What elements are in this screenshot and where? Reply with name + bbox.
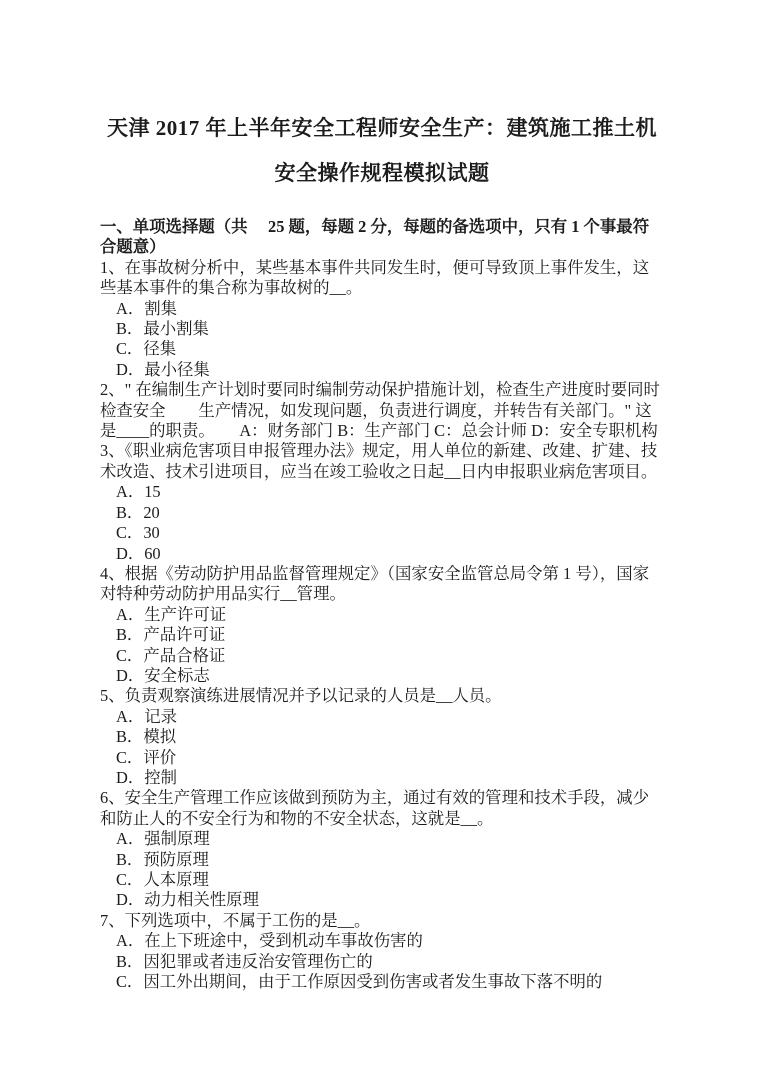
option-text: 15 xyxy=(144,482,160,501)
option: B．因犯罪或者违反治安管理伤亡的 xyxy=(100,952,664,972)
option-label: B． xyxy=(116,625,143,644)
question-body: 下列选项中，不属于工伤的是__。 xyxy=(125,911,371,930)
option: C．产品合格证 xyxy=(100,646,664,666)
question-number: 6、 xyxy=(100,788,125,807)
option: A．15 xyxy=(100,482,664,502)
question-text: 3、《职业病危害项目申报管理办法》规定，用人单位的新建、改建、扩建、技术改造、技… xyxy=(100,441,664,482)
question-block-2: 2、" 在编制生产计划时要同时编制劳动保护措施计划，检查生产进度时要同时检查安全… xyxy=(100,380,664,441)
option-text: 60 xyxy=(144,544,160,563)
question-body: " 在编制生产计划时要同时编制劳动保护措施计划，检查生产进度时要同时检查安全 生… xyxy=(100,380,660,440)
question-number: 2、 xyxy=(100,380,125,399)
option-label: B． xyxy=(116,503,143,522)
option-label: A． xyxy=(116,605,144,624)
question-text: 2、" 在编制生产计划时要同时编制劳动保护措施计划，检查生产进度时要同时检查安全… xyxy=(100,380,664,441)
option-label: D． xyxy=(116,544,144,563)
question-block-7: 7、下列选项中，不属于工伤的是__。 A．在上下班途中，受到机动车事故伤害的 B… xyxy=(100,911,664,993)
option-label: D． xyxy=(116,768,144,787)
question-text: 4、根据《劳动防护用品监督管理规定》（国家安全监管总局令第 1 号），国家对特种… xyxy=(100,564,664,605)
option: D．60 xyxy=(100,544,664,564)
option-label: C． xyxy=(116,870,143,889)
option-label: B． xyxy=(116,727,143,746)
option: B．20 xyxy=(100,503,664,523)
option-text: 割集 xyxy=(144,299,177,318)
exam-content: 一、单项选择题（共 25 题，每题 2 分，每题的备选项中，只有 1 个事最符合… xyxy=(100,217,664,992)
option: C．径集 xyxy=(100,339,664,359)
option: A．生产许可证 xyxy=(100,605,664,625)
title-line-2: 安全操作规程模拟试题 xyxy=(100,151,664,196)
option: C．评价 xyxy=(100,748,664,768)
question-block-1: 1、在事故树分析中，某些基本事件共同发生时，便可导致顶上事件发生，这些基本事件的… xyxy=(100,258,664,380)
option-text: 评价 xyxy=(143,748,176,767)
option-label: C． xyxy=(116,748,143,767)
option-text: 在上下班途中，受到机动车事故伤害的 xyxy=(144,931,423,950)
question-text: 6、安全生产管理工作应该做到预防为主，通过有效的管理和技术手段，减少和防止人的不… xyxy=(100,788,664,829)
question-number: 1、 xyxy=(100,258,125,277)
option-text: 控制 xyxy=(144,768,177,787)
question-body: 《职业病危害项目申报管理办法》规定，用人单位的新建、改建、扩建、技术改造、技术引… xyxy=(100,441,657,480)
option-text: 记录 xyxy=(144,707,177,726)
option-text: 最小径集 xyxy=(144,360,210,379)
option: C．30 xyxy=(100,523,664,543)
question-body: 根据《劳动防护用品监督管理规定》（国家安全监管总局令第 1 号），国家对特种劳动… xyxy=(100,564,649,603)
option-text: 动力相关性原理 xyxy=(144,890,259,909)
question-body: 负责观察演练进展情况并予以记录的人员是__人员。 xyxy=(125,686,502,705)
option-label: A． xyxy=(116,482,144,501)
option: C．因工外出期间，由于工作原因受到伤害或者发生事故下落不明的 xyxy=(100,972,664,992)
option: A．割集 xyxy=(100,299,664,319)
question-block-3: 3、《职业病危害项目申报管理办法》规定，用人单位的新建、改建、扩建、技术改造、技… xyxy=(100,441,664,563)
option-label: B． xyxy=(116,319,143,338)
option: A．强制原理 xyxy=(100,829,664,849)
question-body: 安全生产管理工作应该做到预防为主，通过有效的管理和技术手段，减少和防止人的不安全… xyxy=(100,788,649,827)
option-label: B． xyxy=(116,952,143,971)
option-text: 20 xyxy=(143,503,159,522)
option-text: 模拟 xyxy=(143,727,176,746)
option-text: 人本原理 xyxy=(143,870,209,889)
option: A．在上下班途中，受到机动车事故伤害的 xyxy=(100,931,664,951)
option: D．安全标志 xyxy=(100,666,664,686)
option-label: C． xyxy=(116,646,143,665)
option-label: D． xyxy=(116,360,144,379)
option-label: A． xyxy=(116,829,144,848)
option-text: 产品合格证 xyxy=(143,646,225,665)
option: B．预防原理 xyxy=(100,850,664,870)
option-text: 安全标志 xyxy=(144,666,210,685)
option-label: C． xyxy=(116,523,143,542)
option-label: B． xyxy=(116,850,143,869)
option: D．动力相关性原理 xyxy=(100,890,664,910)
question-block-5: 5、负责观察演练进展情况并予以记录的人员是__人员。 A．记录 B．模拟 C．评… xyxy=(100,686,664,788)
option-label: C． xyxy=(116,972,143,991)
option-text: 产品许可证 xyxy=(143,625,225,644)
option-text: 最小割集 xyxy=(143,319,209,338)
question-text: 7、下列选项中，不属于工伤的是__。 xyxy=(100,911,664,931)
option-text: 30 xyxy=(143,523,159,542)
question-number: 5、 xyxy=(100,686,125,705)
option: B．产品许可证 xyxy=(100,625,664,645)
option-label: C． xyxy=(116,339,143,358)
document-page: 天津 2017 年上半年安全工程师安全生产：建筑施工推土机 安全操作规程模拟试题… xyxy=(0,0,763,1080)
option-label: D． xyxy=(116,666,144,685)
question-text: 1、在事故树分析中，某些基本事件共同发生时，便可导致顶上事件发生，这些基本事件的… xyxy=(100,258,664,299)
question-block-4: 4、根据《劳动防护用品监督管理规定》（国家安全监管总局令第 1 号），国家对特种… xyxy=(100,564,664,686)
option: D．最小径集 xyxy=(100,360,664,380)
option-text: 生产许可证 xyxy=(144,605,226,624)
option-label: A． xyxy=(116,299,144,318)
question-number: 3、 xyxy=(100,441,125,460)
question-block-6: 6、安全生产管理工作应该做到预防为主，通过有效的管理和技术手段，减少和防止人的不… xyxy=(100,788,664,910)
page-title: 天津 2017 年上半年安全工程师安全生产：建筑施工推土机 安全操作规程模拟试题 xyxy=(100,106,664,196)
option: A．记录 xyxy=(100,707,664,727)
question-body: 在事故树分析中，某些基本事件共同发生时，便可导致顶上事件发生，这些基本事件的集合… xyxy=(100,258,649,297)
section-header: 一、单项选择题（共 25 题，每题 2 分，每题的备选项中，只有 1 个事最符合… xyxy=(100,217,664,258)
option-text: 因犯罪或者违反治安管理伤亡的 xyxy=(143,952,372,971)
option-text: 径集 xyxy=(143,339,176,358)
option-label: D． xyxy=(116,890,144,909)
option-text: 强制原理 xyxy=(144,829,210,848)
question-number: 7、 xyxy=(100,911,125,930)
option-label: A． xyxy=(116,931,144,950)
option-label: A． xyxy=(116,707,144,726)
option: C．人本原理 xyxy=(100,870,664,890)
option: D．控制 xyxy=(100,768,664,788)
option: B．最小割集 xyxy=(100,319,664,339)
question-number: 4、 xyxy=(100,564,125,583)
option: B．模拟 xyxy=(100,727,664,747)
title-line-1: 天津 2017 年上半年安全工程师安全生产：建筑施工推土机 xyxy=(100,106,664,151)
option-text: 预防原理 xyxy=(143,850,209,869)
option-text: 因工外出期间，由于工作原因受到伤害或者发生事故下落不明的 xyxy=(143,972,602,991)
question-text: 5、负责观察演练进展情况并予以记录的人员是__人员。 xyxy=(100,686,664,706)
